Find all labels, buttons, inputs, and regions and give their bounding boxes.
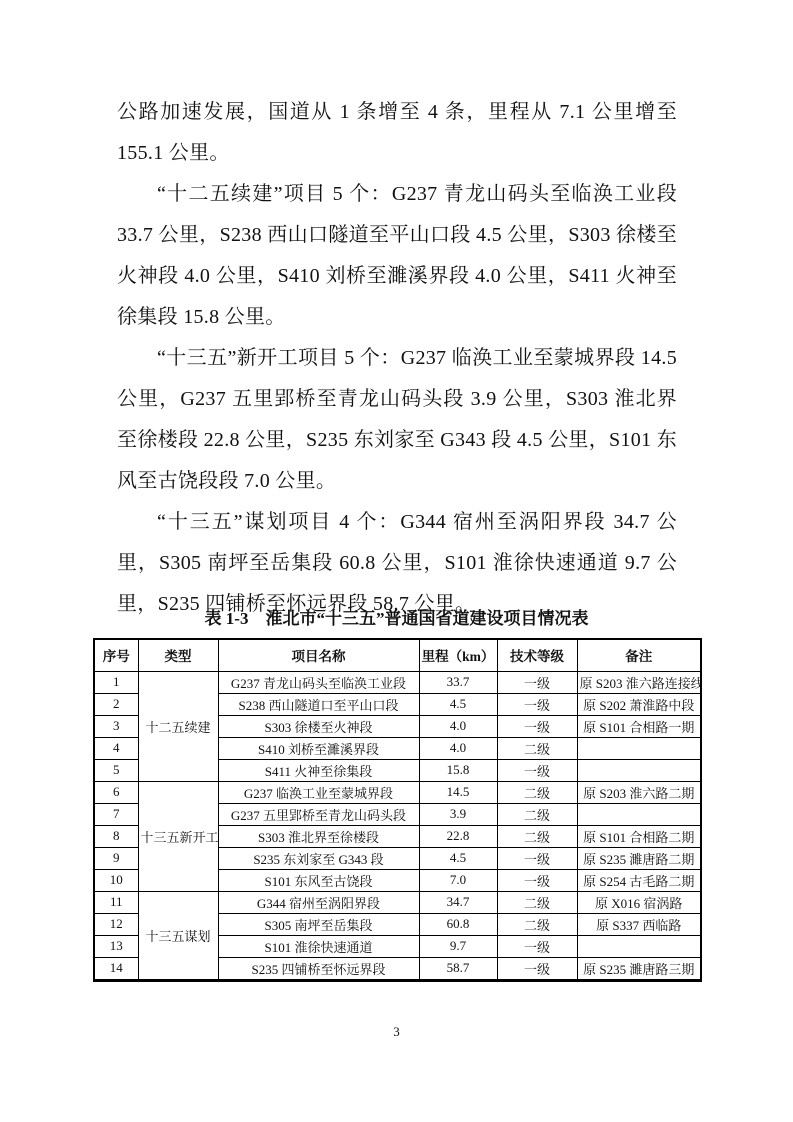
cell-note: 原 S337 西临路	[577, 913, 701, 935]
cell-note: 原 X016 宿涡路	[577, 891, 701, 913]
table-row: 1 十二五续建 G237 青龙山码头至临涣工业段 33.7 一级 原 S203 …	[94, 671, 701, 693]
cell-seq: 13	[94, 935, 138, 957]
cell-project-name: S235 四铺桥至怀远界段	[218, 957, 419, 980]
cell-note: 原 S101 合相路二期	[577, 825, 701, 847]
table-header-row: 序号 类型 项目名称 里程（km） 技术等级 备注	[94, 639, 701, 671]
cell-seq: 1	[94, 671, 138, 693]
cell-project-name: G237 临涣工业至蒙城界段	[218, 781, 419, 803]
cell-mileage: 9.7	[419, 935, 497, 957]
cell-mileage: 15.8	[419, 759, 497, 781]
cell-mileage: 14.5	[419, 781, 497, 803]
cell-mileage: 22.8	[419, 825, 497, 847]
cell-seq: 12	[94, 913, 138, 935]
cell-project-name: S303 徐楼至火神段	[218, 715, 419, 737]
projects-table: 序号 类型 项目名称 里程（km） 技术等级 备注 1 十二五续建 G237 青…	[93, 638, 702, 982]
cell-grade: 二级	[497, 781, 577, 803]
cell-seq: 14	[94, 957, 138, 980]
cell-project-name: S101 淮徐快速通道	[218, 935, 419, 957]
paragraph: “十二五续建”项目 5 个：G237 青龙山码头至临涣工业段 33.7 公里，S…	[117, 174, 677, 338]
cell-mileage: 7.0	[419, 869, 497, 891]
cell-mileage: 60.8	[419, 913, 497, 935]
cell-grade: 一级	[497, 693, 577, 715]
cell-grade: 二级	[497, 913, 577, 935]
header-type: 类型	[138, 639, 218, 671]
cell-project-name: G237 青龙山码头至临涣工业段	[218, 671, 419, 693]
cell-grade: 一级	[497, 869, 577, 891]
cell-seq: 9	[94, 847, 138, 869]
cell-mileage: 33.7	[419, 671, 497, 693]
cell-project-name: S238 西山隧道口至平山口段	[218, 693, 419, 715]
paragraph: “十三五”新开工项目 5 个：G237 临涣工业至蒙城界段 14.5 公里，G2…	[117, 338, 677, 502]
cell-grade: 一级	[497, 715, 577, 737]
cell-project-name: G237 五里郢桥至青龙山码头段	[218, 803, 419, 825]
cell-grade: 一级	[497, 957, 577, 980]
cell-grade: 二级	[497, 825, 577, 847]
header-project-name: 项目名称	[218, 639, 419, 671]
cell-seq: 2	[94, 693, 138, 715]
cell-note	[577, 759, 701, 781]
cell-group: 十三五谋划	[138, 891, 218, 980]
table-row: 6 十三五新开工 G237 临涣工业至蒙城界段 14.5 二级 原 S203 淮…	[94, 781, 701, 803]
header-seq: 序号	[94, 639, 138, 671]
cell-grade: 一级	[497, 935, 577, 957]
cell-note	[577, 803, 701, 825]
paragraph: 公路加速发展，国道从 1 条增至 4 条，里程从 7.1 公里增至 155.1 …	[117, 92, 677, 174]
cell-note: 原 S254 古毛路二期	[577, 869, 701, 891]
cell-seq: 4	[94, 737, 138, 759]
cell-mileage: 4.0	[419, 737, 497, 759]
cell-grade: 一级	[497, 759, 577, 781]
cell-project-name: S305 南坪至岳集段	[218, 913, 419, 935]
cell-project-name: S410 刘桥至濉溪界段	[218, 737, 419, 759]
cell-mileage: 4.5	[419, 693, 497, 715]
body-text: 公路加速发展，国道从 1 条增至 4 条，里程从 7.1 公里增至 155.1 …	[117, 92, 677, 625]
header-mileage: 里程（km）	[419, 639, 497, 671]
cell-note: 原 S203 淮六路二期	[577, 781, 701, 803]
cell-note	[577, 737, 701, 759]
cell-grade: 二级	[497, 891, 577, 913]
cell-mileage: 3.9	[419, 803, 497, 825]
cell-note: 原 S202 萧淮路中段	[577, 693, 701, 715]
cell-note: 原 S235 濉唐路三期	[577, 957, 701, 980]
cell-grade: 二级	[497, 803, 577, 825]
header-note: 备注	[577, 639, 701, 671]
cell-mileage: 34.7	[419, 891, 497, 913]
table-row: 11 十三五谋划 G344 宿州至涡阳界段 34.7 二级 原 X016 宿涡路	[94, 891, 701, 913]
cell-mileage: 58.7	[419, 957, 497, 980]
cell-note: 原 S101 合相路一期	[577, 715, 701, 737]
cell-group: 十三五新开工	[138, 781, 218, 891]
cell-note: 原 S203 淮六路连接线	[577, 671, 701, 693]
cell-project-name: S235 东刘家至 G343 段	[218, 847, 419, 869]
cell-grade: 一级	[497, 847, 577, 869]
cell-note	[577, 935, 701, 957]
cell-mileage: 4.0	[419, 715, 497, 737]
cell-project-name: G344 宿州至涡阳界段	[218, 891, 419, 913]
cell-mileage: 4.5	[419, 847, 497, 869]
page-number: 3	[0, 1024, 793, 1040]
cell-note: 原 S235 濉唐路二期	[577, 847, 701, 869]
cell-seq: 5	[94, 759, 138, 781]
document-page: 公路加速发展，国道从 1 条增至 4 条，里程从 7.1 公里增至 155.1 …	[0, 0, 793, 1122]
cell-seq: 8	[94, 825, 138, 847]
cell-grade: 二级	[497, 737, 577, 759]
cell-seq: 6	[94, 781, 138, 803]
cell-seq: 7	[94, 803, 138, 825]
cell-seq: 10	[94, 869, 138, 891]
cell-group: 十二五续建	[138, 671, 218, 781]
cell-project-name: S303 淮北界至徐楼段	[218, 825, 419, 847]
cell-seq: 11	[94, 891, 138, 913]
table-caption: 表 1-3 淮北市“十三五”普通国省道建设项目情况表	[0, 606, 793, 632]
cell-project-name: S101 东风至古饶段	[218, 869, 419, 891]
header-grade: 技术等级	[497, 639, 577, 671]
cell-project-name: S411 火神至徐集段	[218, 759, 419, 781]
cell-seq: 3	[94, 715, 138, 737]
cell-grade: 一级	[497, 671, 577, 693]
